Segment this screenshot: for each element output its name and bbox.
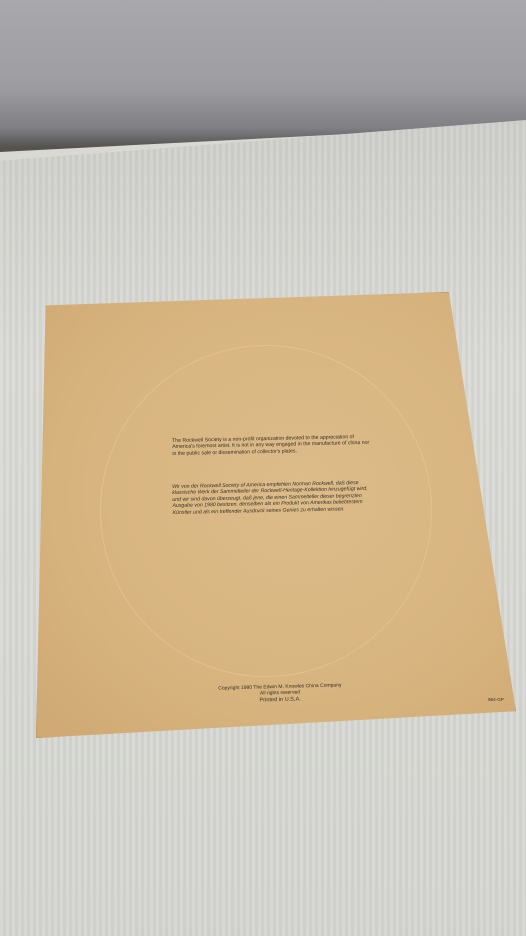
catalog-code: 984-GP [488, 697, 504, 702]
german-statement: Wir von der Rockwell Society of America … [172, 480, 373, 516]
